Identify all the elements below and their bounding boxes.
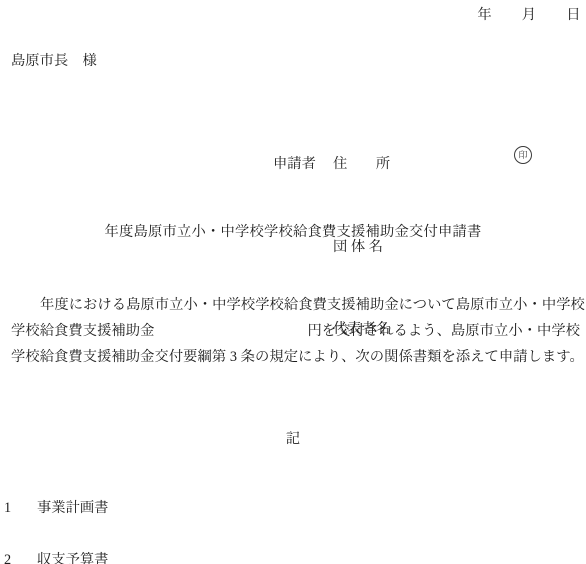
body-paragraph-line3: 学校給食費支援補助金交付要綱第 3 条の規定により、次の関係書類を添えて申請しま… — [11, 346, 584, 366]
body-paragraph-line1: 年度における島原市立小・中学校学校給食費支援補助金について島原市立小・中学校 — [40, 294, 585, 314]
attachment-label: 収支予算書 — [37, 552, 108, 564]
attachment-number: 1 — [4, 500, 37, 517]
attachment-label: 事業計画書 — [37, 500, 108, 516]
applicant-address-row: 申請者住 所 — [273, 151, 390, 179]
document-title: 年度島原市立小・中学校学校給食費支援補助金交付申請書 — [0, 221, 586, 241]
attachment-number: 2 — [4, 552, 37, 564]
application-form-page: 年 月 日 島原市長 様 申請者住 所 団 体 名 代表者名 印 年度島原市立小… — [0, 0, 586, 564]
attachment-item-2: 2収支予算書 — [4, 549, 108, 564]
body-line2-left: 学校給食費支援補助金 — [11, 323, 154, 339]
subsidy-amount-blank — [154, 334, 307, 335]
body-line2-right: 円を交付されるよう、島原市立小・中学校 — [307, 323, 580, 339]
body-paragraph-line2: 学校給食費支援補助金円を交付されるよう、島原市立小・中学校 — [11, 320, 580, 340]
address-label: 住 所 — [333, 156, 390, 172]
attachment-item-1: 1事業計画書 — [4, 497, 108, 517]
record-heading: 記 — [0, 428, 586, 448]
date-line: 年 月 日 — [477, 4, 581, 24]
addressee-line: 島原市長 様 — [11, 50, 97, 70]
seal-mark-icon: 印 — [514, 146, 532, 164]
applicant-label: 申請者 — [273, 151, 333, 179]
